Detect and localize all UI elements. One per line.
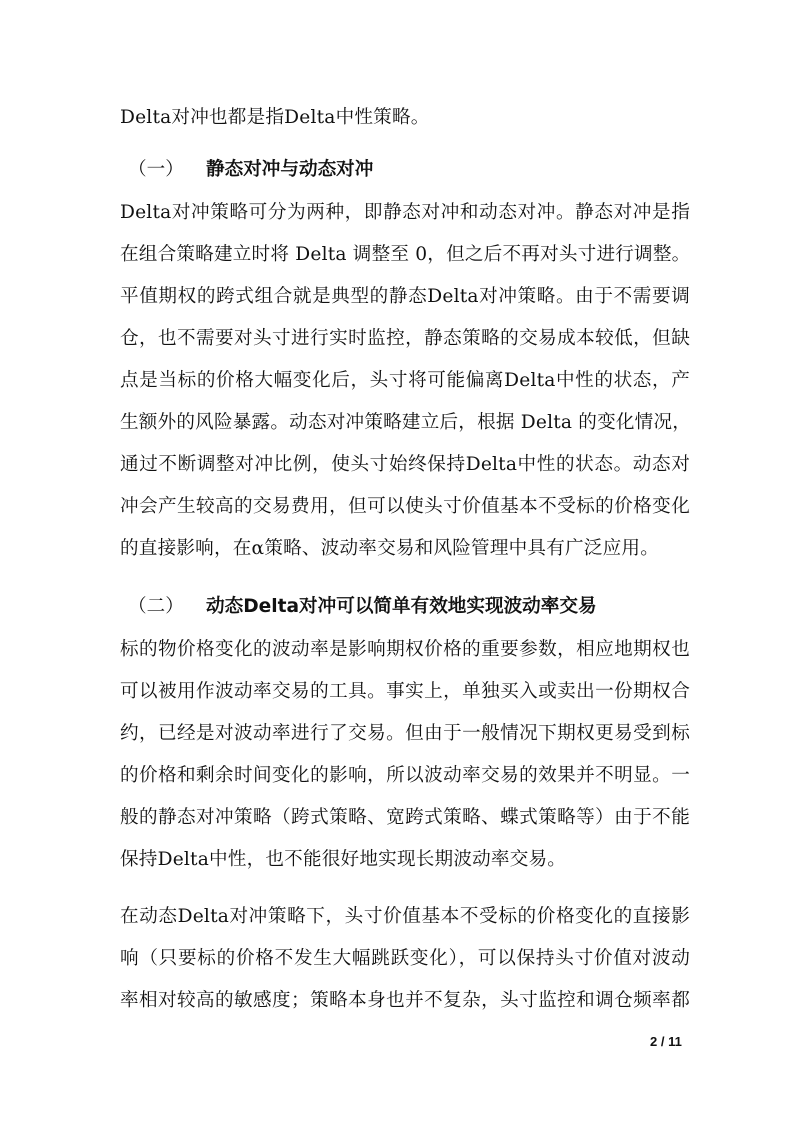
section-title: 动态Delta对冲可以简单有效地实现波动率交易 — [206, 596, 597, 617]
intro-line: Delta对冲也都是指Delta中性策略。 — [120, 106, 690, 130]
paragraph-line: 仓，也不需要对头寸进行实时监控，静态策略的交易成本较低，但缺 — [120, 327, 690, 351]
paragraph-line: 平值期权的跨式组合就是典型的静态Delta对冲策略。由于不需要调 — [120, 285, 690, 309]
section-number: （一） — [128, 158, 206, 182]
section-heading-1: （一）静态对冲与动态对冲 — [128, 158, 373, 182]
paragraph-line: 在组合策略建立时将 Delta 调整至 0，但之后不再对头寸进行调整。 — [120, 243, 690, 267]
section-title: 静态对冲与动态对冲 — [206, 159, 373, 180]
paragraph-line: Delta对冲策略可分为两种，即静态对冲和动态对冲。静态对冲是指 — [120, 201, 690, 225]
paragraph-line: 保持Delta中性，也不能很好地实现长期波动率交易。 — [120, 848, 690, 872]
paragraph-line: 率相对较高的敏感度；策略本身也并不复杂，头寸监控和调仓频率都 — [120, 989, 690, 1013]
paragraph-line: 可以被用作波动率交易的工具。事实上，单独买入或卖出一份期权合 — [120, 680, 690, 704]
paragraph-line: 般的静态对冲策略（跨式策略、宽跨式策略、蝶式策略等）由于不能 — [120, 806, 690, 830]
paragraph-line: 点是当标的价格大幅变化后，头寸将可能偏离Delta中性的状态，产 — [120, 369, 690, 393]
page-number: 2 / 11 — [650, 1034, 682, 1049]
paragraph-line: 标的物价格变化的波动率是影响期权价格的重要参数，相应地期权也 — [120, 638, 690, 662]
paragraph-line: 通过不断调整对冲比例，使头寸始终保持Delta中性的状态。动态对 — [120, 453, 690, 477]
paragraph-line: 的价格和剩余时间变化的影响，所以波动率交易的效果并不明显。一 — [120, 764, 690, 788]
paragraph-line: 约，已经是对波动率进行了交易。但由于一般情况下期权更易受到标 — [120, 722, 690, 746]
section-number: （二） — [128, 595, 206, 619]
paragraph-line: 生额外的风险暴露。动态对冲策略建立后，根据 Delta 的变化情况， — [120, 411, 690, 435]
paragraph-line: 的直接影响，在α策略、波动率交易和风险管理中具有广泛应用。 — [120, 537, 690, 561]
document-page: Delta对冲也都是指Delta中性策略。 （一）静态对冲与动态对冲 Delta… — [0, 0, 800, 1131]
paragraph-line: 响（只要标的价格不发生大幅跳跃变化），可以保持头寸价值对波动 — [120, 947, 690, 971]
paragraph-line: 在动态Delta对冲策略下，头寸价值基本不受标的价格变化的直接影 — [120, 905, 690, 929]
paragraph-line: 冲会产生较高的交易费用，但可以使头寸价值基本不受标的价格变化 — [120, 495, 690, 519]
section-heading-2: （二）动态Delta对冲可以简单有效地实现波动率交易 — [128, 595, 597, 619]
